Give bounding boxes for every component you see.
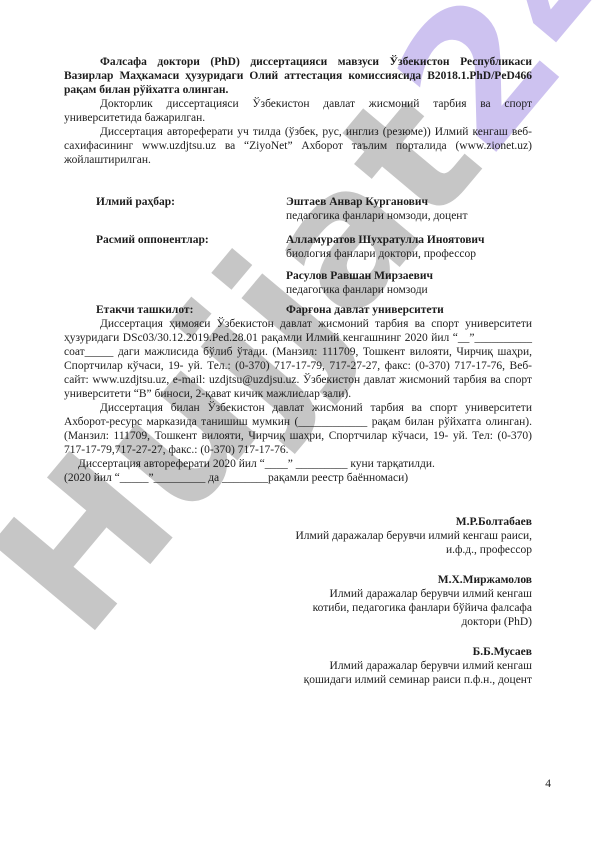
opponent-2-name: Расулов Равшан Мирзаевич xyxy=(286,269,532,283)
supervisor-row: Илмий раҳбар: Эштаев Анвар Курганович пе… xyxy=(64,195,532,223)
library-paragraph: Диссертация билан Ўзбекистон давлат жисм… xyxy=(64,401,532,457)
opponents-row: Расмий оппонентлар: Алламуратов Шухратул… xyxy=(64,233,532,261)
registration-paragraph: Фалсафа доктори (PhD) диссертацияси мавз… xyxy=(64,55,532,97)
signature-block-chairman: М.Р.Болтабаев Илмий даражалар берувчи ил… xyxy=(292,515,532,557)
leading-organization-row: Етакчи ташкилот: Фарғона давлат универси… xyxy=(64,303,532,317)
chairman-name: М.Р.Болтабаев xyxy=(292,515,532,529)
performed-paragraph: Докторлик диссертацияси Ўзбекистон давла… xyxy=(64,97,532,125)
signature-block-secretary: М.Х.Миржамолов Илмий даражалар берувчи и… xyxy=(292,573,532,629)
signature-block-seminar-chair: Б.Б.Мусаев Илмий даражалар берувчи илмий… xyxy=(292,645,532,687)
registry-record-line: (2020 йил “_____”_________ да ________ра… xyxy=(64,471,532,485)
leading-organization-label: Етакчи ташкилот: xyxy=(64,303,286,317)
committee-section: Илмий раҳбар: Эштаев Анвар Курганович пе… xyxy=(64,195,532,317)
seminar-chair-name: Б.Б.Мусаев xyxy=(292,645,532,659)
secretary-role: Илмий даражалар берувчи илмий кенгаш кот… xyxy=(292,587,532,629)
page-content: Фалсафа доктори (PhD) диссертацияси мавз… xyxy=(0,0,596,842)
opponents-label: Расмий оппонентлар: xyxy=(64,233,286,261)
chairman-role: Илмий даражалар берувчи илмий кенгаш раи… xyxy=(292,529,532,557)
distribution-date-line: Диссертация автореферати 2020 йил “____”… xyxy=(64,457,532,471)
defense-paragraph: Диссертация ҳимояси Ўзбекистон давлат жи… xyxy=(64,317,532,401)
opponent-2-degree: педагогика фанлари номзоди xyxy=(286,283,532,297)
document-page: Hujjat24 Фалсафа доктори (PhD) диссертац… xyxy=(0,0,596,842)
secretary-name: М.Х.Миржамолов xyxy=(292,573,532,587)
supervisor-label: Илмий раҳбар: xyxy=(64,195,286,223)
opponent-2-row: Расулов Равшан Мирзаевич педагогика фанл… xyxy=(64,269,532,297)
signatures-section: М.Р.Болтабаев Илмий даражалар берувчи ил… xyxy=(64,515,532,687)
leading-organization-name: Фарғона давлат университети xyxy=(286,303,532,317)
page-number: 4 xyxy=(545,777,551,791)
seminar-chair-role: Илмий даражалар берувчи илмий кенгаш қош… xyxy=(292,659,532,687)
supervisor-name: Эштаев Анвар Курганович xyxy=(286,195,532,209)
abstract-languages-paragraph: Диссертация автореферати уч тилда (ўзбек… xyxy=(64,125,532,167)
opponent-1-degree: биология фанлари доктори, профессор xyxy=(286,247,532,261)
opponent-1-name: Алламуратов Шухратулла Иноятович xyxy=(286,233,532,247)
supervisor-degree: педагогика фанлари номзоди, доцент xyxy=(286,209,532,223)
